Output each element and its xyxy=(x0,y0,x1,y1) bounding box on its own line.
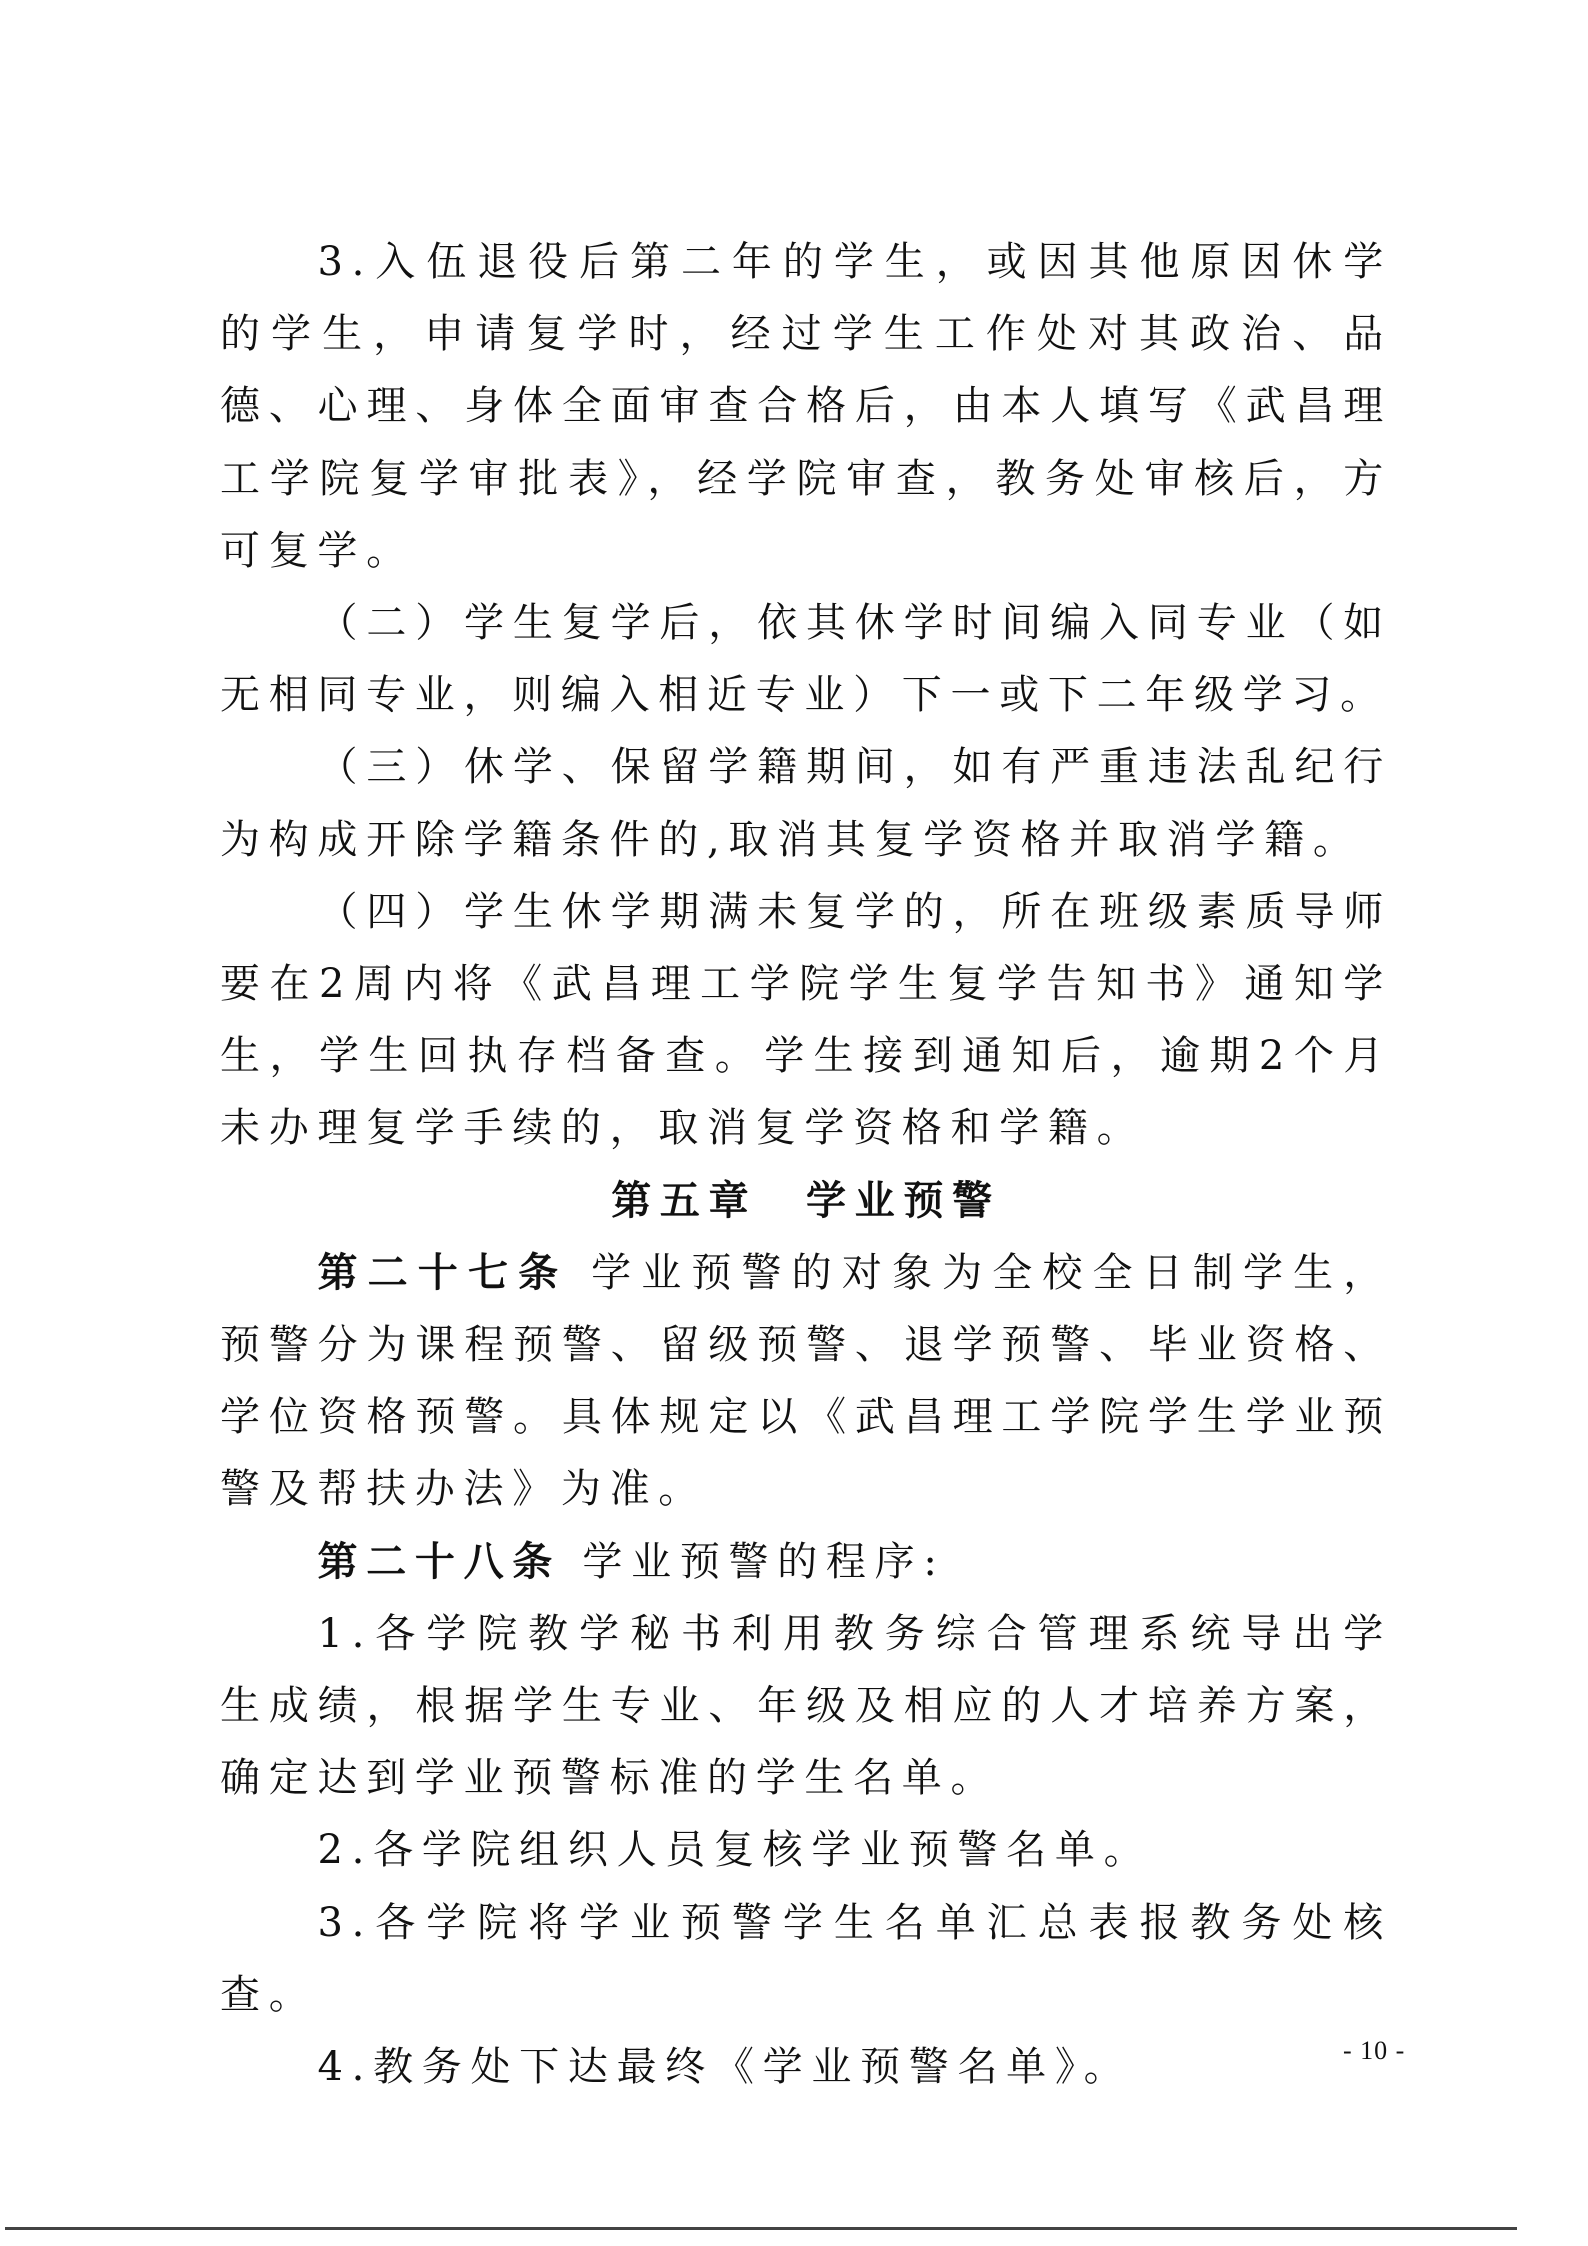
paragraph-return-clause-four: （四）学生休学期满未复学的，所在班级素质导师要在2周内将《武昌理工学院学生复学告… xyxy=(220,876,1392,1165)
procedure-item-1: 1.各学院教学秘书利用教务综合管理系统导出学生成绩，根据学生专业、年级及相应的人… xyxy=(220,1598,1392,1815)
article-27: 第二十七条 学业预警的对象为全校全日制学生，预警分为课程预警、留级预警、退学预警… xyxy=(220,1237,1392,1526)
article-28-label: 第二十八条 xyxy=(318,1538,562,1585)
procedure-item-3: 3.各学院将学业预警学生名单汇总表报教务处核查。 xyxy=(220,1887,1392,2031)
paragraph-return-clause-three: （三）休学、保留学籍期间，如有严重违法乱纪行为构成开除学籍条件的,取消其复学资格… xyxy=(220,731,1392,875)
chapter-heading: 第五章 学业预警 xyxy=(220,1165,1392,1237)
page-number: - 10 - xyxy=(1343,2036,1405,2066)
paragraph-return-clause-two: （二）学生复学后，依其休学时间编入同专业（如无相同专业，则编入相近专业）下一或下… xyxy=(220,587,1392,731)
paragraph-return-clause-3: 3.入伍退役后第二年的学生，或因其他原因休学的学生，申请复学时，经过学生工作处对… xyxy=(220,226,1392,587)
article-28-text: 学业预警的程序: xyxy=(561,1539,946,1585)
article-28: 第二十八条 学业预警的程序: xyxy=(220,1526,1392,1598)
procedure-item-4: 4.教务处下达最终《学业预警名单》。 xyxy=(220,2031,1392,2103)
procedure-item-2: 2.各学院组织人员复核学业预警名单。 xyxy=(220,1814,1392,1886)
document-page: 3.入伍退役后第二年的学生，或因其他原因休学的学生，申请复学时，经过学生工作处对… xyxy=(220,226,1392,2103)
scan-edge-divider xyxy=(5,2227,1517,2230)
article-27-label: 第二十七条 xyxy=(318,1249,569,1296)
